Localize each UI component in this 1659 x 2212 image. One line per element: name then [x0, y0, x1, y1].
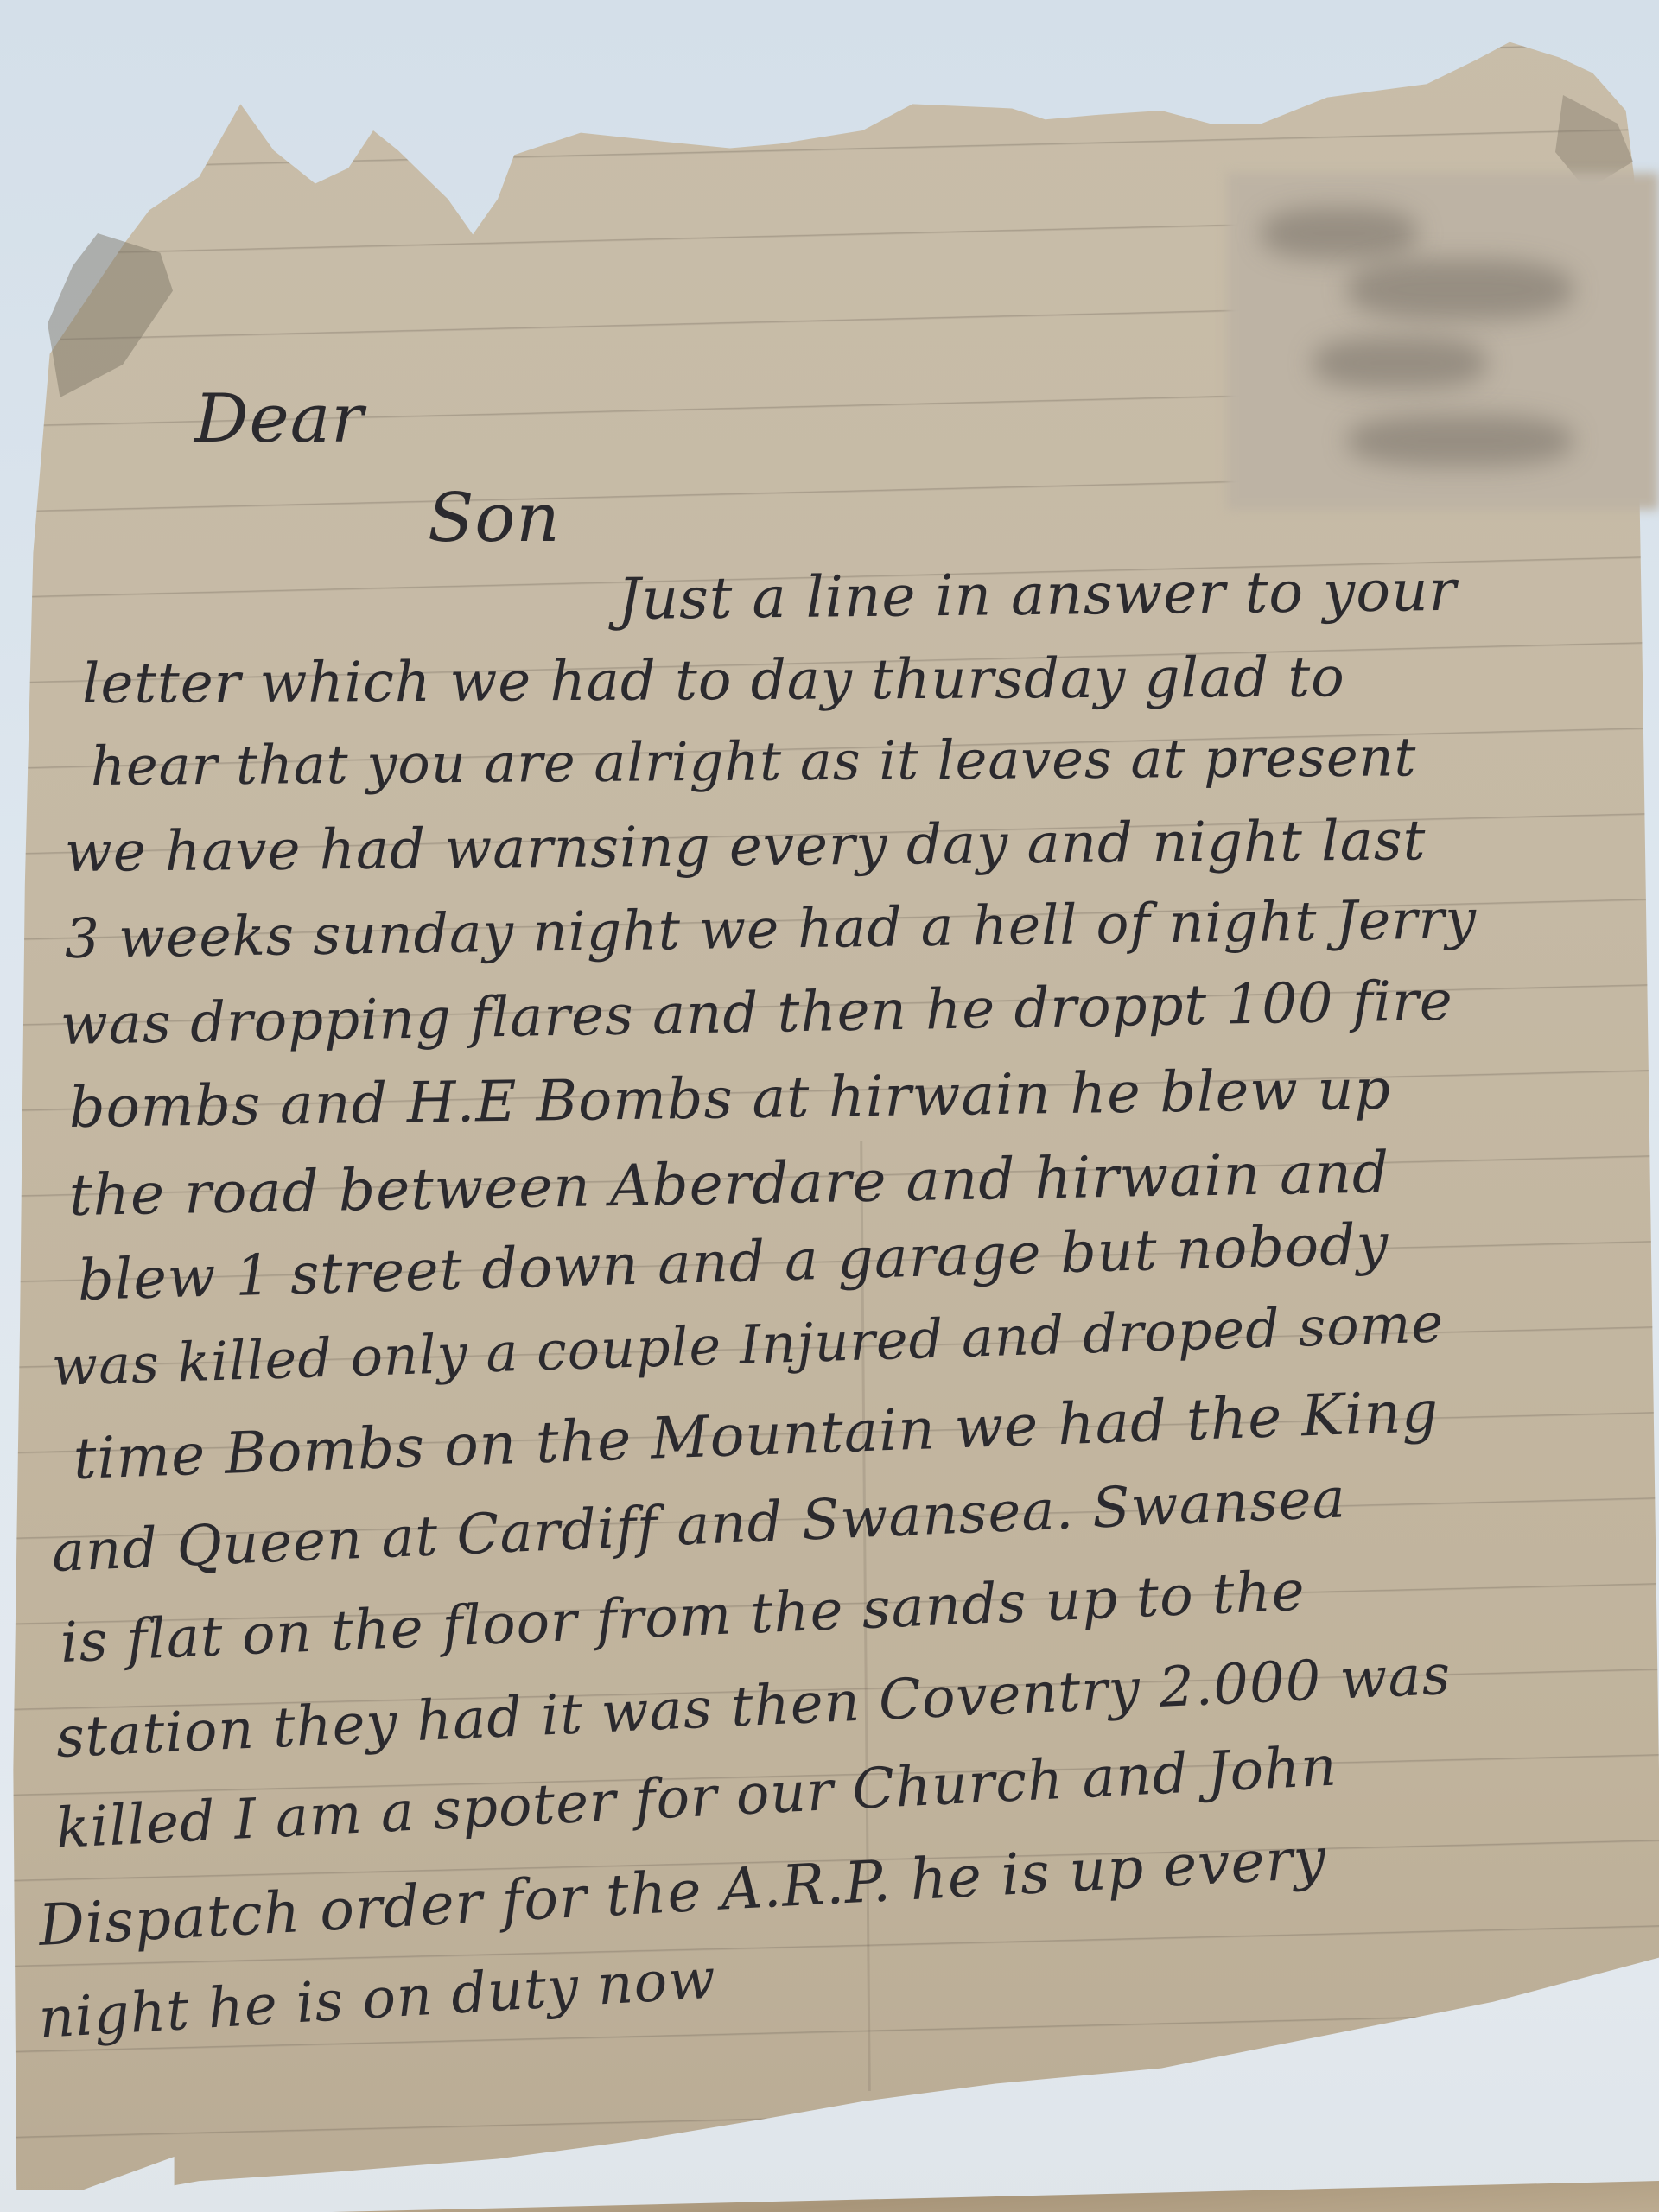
body-line: blew 1 street down and a garage but nobo… [77, 1212, 1389, 1313]
body-line: bombs and H.E Bombs at hirwain he blew u… [68, 1058, 1391, 1141]
salutation-dear: Dear [194, 380, 365, 458]
body-line: Just a line in answer to your [618, 557, 1458, 632]
body-line: hear that you are alright as it leaves a… [91, 725, 1417, 798]
body-line: night he is on duty now [37, 1948, 718, 2051]
body-line: the road between Aberdare and hirwain an… [68, 1139, 1389, 1229]
body-line: letter which we had to day thursday glad… [82, 645, 1345, 716]
body-line: we have had warnsing every day and night… [65, 809, 1427, 885]
body-line: was dropping flares and then he droppt 1… [60, 969, 1453, 1058]
salutation-son: Son [428, 480, 561, 557]
body-line: 3 weeks sunday night we had a hell of ni… [64, 887, 1477, 970]
letter-text: Dear Son Just a line in answer to your l… [0, 0, 1659, 2212]
